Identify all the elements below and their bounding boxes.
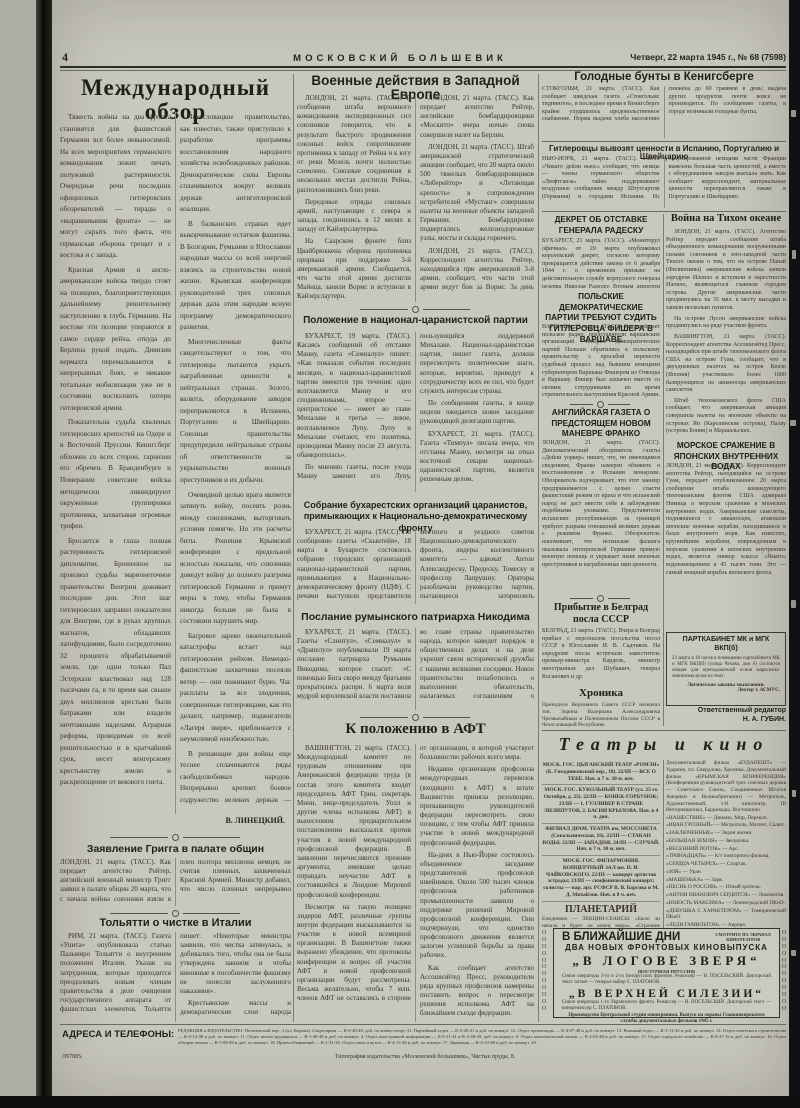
paragraph: Передовые отряды союзных армий, наступаю…: [297, 198, 411, 235]
paragraph: БУХАРЕСТ, 21 марта. (ТАСС). Газеты «Слин…: [297, 628, 534, 710]
film-line: «ПЕСНЬ О РОССИИ» — Юный зритель.: [666, 884, 786, 892]
paragraph: ЛОНДОН, 21 марта. (ТАСС). Агентство Рейт…: [666, 229, 786, 313]
edge-text-fragment: [792, 790, 796, 797]
headline-theatre-cinema: Театры и кино: [542, 734, 786, 755]
article-grigg-statement: ЛОНДОН, 21 марта. (ТАСС). Как передает а…: [60, 858, 291, 906]
paragraph: Штаб тихоокеанского флота США сообщает, …: [666, 398, 786, 436]
article-tsaranist-party: БУХАРЕСТ, 19 марта. (ТАСС). Касаясь сооб…: [297, 332, 534, 492]
editor-credit-line1: Ответственный редактор: [666, 706, 786, 715]
edge-text-fragment: [791, 950, 796, 956]
film-line: «СЕРДЦА ЧЕТЫРЕХ» — Спартак.: [666, 861, 786, 869]
article-tsaranist-meeting: БУХАРЕСТ, 21 марта. (ТАСС). По сообщению…: [297, 528, 534, 604]
masthead-rule-thick: [60, 66, 786, 68]
article-patriarch-message: БУХАРЕСТ, 21 марта. (ТАСС). Газеты «Слин…: [297, 628, 534, 710]
article-hunger-riots: СТОКГОЛЬМ, 21 марта. (ТАСС). Как сообщае…: [542, 86, 786, 138]
paragraph: На-днях в Нью-Йорке состоялось объединен…: [420, 851, 534, 961]
venue-listing: МОСК. ГОС. ЦЫГАНСКИЙ ТЕАТР «РОМЭН» (Б. Г…: [542, 760, 660, 784]
theatre-listings: МОСК. ГОС. ЦЫГАНСКИЙ ТЕАТР «РОМЭН» (Б. Г…: [542, 760, 660, 928]
paragraph: Красная Армия и англо-американские войск…: [60, 265, 171, 415]
cinema-listings: Документальный фильм «БУДАПЕШТ» — Ударни…: [666, 760, 786, 928]
headline-radescu-decree: ДЕКРЕТ ОБ ОТСТАВКЕ ГЕНЕРАЛА РАДЕСКУ: [542, 215, 660, 236]
paragraph: Многочисленные факты свидетельствуют о т…: [180, 337, 291, 487]
documentary-listings: Документальный фильм «БУДАПЕШТ» — Ударни…: [666, 760, 786, 814]
addresses-text: РЕДАКЦИЯ и ИЗДАТЕЛЬСТВО: Потаповский пер…: [178, 1028, 786, 1052]
planetarium-title: ПЛАНЕТАРИЙ: [542, 901, 660, 917]
headline-belgrade-envoy: Прибытие в Белград посла СССР: [542, 602, 660, 626]
ad-credits-2: Сняли операторы 1-го Украинского фронта.…: [562, 1000, 771, 1013]
ad-coming-soon: В БЛИЖАЙШИЕ ДНИ: [562, 931, 680, 943]
printer-imprint: Типография издательства «Московский боль…: [250, 1054, 600, 1060]
paragraph: По сообщениям газеты, в конце недели ожи…: [420, 399, 534, 426]
headline-hunger-riots: Голодные бунты в Кенигсберге: [542, 72, 786, 84]
edge-text-fragment: [791, 110, 796, 117]
announcement-title: ПАРТКАБИНЕТ МК и МГК ВКП(б): [672, 636, 780, 654]
newspaper-page: 4 МОСКОВСКИЙ БОЛЬШЕВИК Четверг, 22 марта…: [0, 0, 800, 1108]
editor-credit-line2: Н. А. ГУБИН.: [666, 715, 786, 724]
paragraph: Бросается в глаза полная растерянность г…: [60, 536, 171, 789]
film-ad-box: В БЛИЖАЙШИЕ ДНИ СМОТРИТЕ НА ЭКРАНАХ КИНО…: [553, 928, 780, 1018]
paragraph: Чехословацкое правительство, как известн…: [180, 112, 291, 216]
edge-text-fragment: [792, 250, 796, 259]
paragraph: Показательна судьба хваленых гитлеровски…: [60, 417, 171, 532]
headline-pacific-war: Война на Тихом океане: [666, 214, 786, 225]
scan-right-edge: [789, 0, 800, 1096]
article-belgrade-envoy: БЕЛГРАД, 21 марта. (ТАСС). Вчера в Белгр…: [542, 628, 660, 684]
paragraph: На Саарском фронте близ Цвайбрюккена обо…: [297, 237, 411, 301]
film-line: «ЮНОСТЬ МАКСИМА» — Ленинградский ПКиО.: [666, 899, 786, 907]
article-nazi-valuables: НЬЮ-ЙОРК, 21 марта. (ТАСС). Газета «Чика…: [542, 156, 786, 208]
ad-credits-1: Сняли операторы 3-го и 2-го Белорусских …: [562, 974, 771, 987]
venue-listing: МОСК. ГОС. КУКОЛЬНЫЙ ТЕАТР (ул. 25-го Ок…: [542, 784, 660, 823]
headline-franco-maneuver: АНГЛИЙСКАЯ ГАЗЕТА О ПРЕДСТОЯЩЕМ НОВОМ МА…: [542, 408, 660, 440]
article-pacific-war: ЛОНДОН, 21 марта. (ТАСС). Агентство Рейт…: [666, 229, 786, 437]
paragraph: ВАШИНГТОН, 21 марта. (ТАСС). Корреспонде…: [666, 334, 786, 395]
paragraph: ЛОНДОН, 21 марта. (ТАСС). Как передает а…: [420, 94, 534, 140]
article-western-europe: ЛОНДОН, 21 марта. (ТАСС). В сообщении шт…: [297, 94, 534, 302]
issue-date: Четверг, 22 марта 1945 г., № 68 (7598): [630, 52, 786, 62]
headline-tsaranist-party: Положение в национал-царанистской партии: [297, 316, 534, 326]
ad-film-title-2: „В ВЕРХНЕЙ СИЛЕЗИИ“: [562, 988, 771, 1000]
paragraph: ЛОНДОН, 21 марта. (ТАСС). Штаб американс…: [420, 143, 534, 244]
paragraph: На острове Лусон американские войска про…: [666, 316, 786, 331]
thin-rule: [542, 211, 786, 212]
film-line: «ДЕВУШКА С ХАРАКТЕРОМ» — Тимирязевский П…: [666, 907, 786, 922]
section-divider: [360, 714, 470, 721]
paragraph: ЛОНДОН, 21 марта. (ТАСС). В сообщении шт…: [297, 94, 411, 195]
headline-togliatti-purge: Тольятти о чистке в Италии: [60, 918, 291, 929]
section-divider: [570, 595, 630, 602]
ad-filmstrip-ornament-left: OOOOOOOOOOOO: [538, 930, 550, 1013]
article-aft-situation: ВАШИНГТОН, 21 марта. (ТАСС). Международн…: [297, 744, 534, 1022]
partkabinet-announcement: ПАРТКАБИНЕТ МК и МГК ВКП(б) 23 марта в 1…: [666, 632, 786, 706]
section-divider: [110, 834, 240, 841]
paragraph: БУХАРЕСТ, 21 марта. (ТАСС). Газета «Тимп…: [420, 430, 534, 485]
paragraph: Очевидной целью врага является затянуть …: [180, 490, 291, 628]
article-international-review: Тяжесть войны на два фронта становится д…: [60, 112, 291, 814]
ad-filmstrip-ornament-right: OOOOOOOOOOOO: [779, 930, 789, 1013]
venue-listing: МОСК. ГОС. ФИЛАРМОНИЯ. КОНЦЕРТНЫЙ ЗАЛ им…: [542, 855, 660, 901]
paragraph: Багровое зарево окончательной катастрофы…: [180, 631, 291, 746]
article-franco-maneuver: ЛОНДОН, 21 марта. (ТАСС). Дипломатически…: [542, 440, 660, 590]
headline-grigg-statement: Заявление Григга в палате общин: [60, 844, 291, 855]
paragraph: В балканских странах идет выкорчевывание…: [180, 219, 291, 334]
announcement-body: 23 марта в 18 часов в помещении парткаби…: [672, 656, 780, 681]
headline-patriarch-message: Послание румынского патриарха Никодима: [297, 612, 534, 623]
planetarium-listing: Ежедневно — ЛЕКЦИИ-СЕАНСЫ: «Было ли нача…: [542, 916, 660, 928]
author-signature: В. ЛИНЕЦКИЙ.: [160, 816, 285, 825]
film-line: «ТРИНАДЦАТЬ» — К/т повторного фильма.: [666, 853, 786, 861]
paragraph: Недавно организация профсоюза междугород…: [420, 765, 534, 847]
paragraph: БУХАРЕСТ, 19 марта. (ТАСС). Касаясь сооб…: [297, 332, 411, 460]
film-line: «ЗАКЛЮЧЕННЫЕ» — Экран жизни.: [666, 830, 786, 838]
venue-listing: ФИЛИАЛ ДРАМ. ТЕАТРА им. МОССОВЕТА (Сокол…: [542, 823, 660, 855]
thin-rule: [542, 730, 786, 731]
footer-rule: [60, 1024, 786, 1025]
article-chronicle: Президиум Верховного Совета СССР назначи…: [542, 702, 660, 728]
film-line: «ВЕСЕННИЙ ПОТОК» — Арс.: [666, 845, 786, 853]
ad-subtitle: ДВА НОВЫХ ФРОНТОВЫХ КИНОВЫПУСКА: [562, 943, 771, 952]
article-naval-battle: ЛОНДОН, 21 марта. (ТАСС). Корреспондент …: [666, 463, 786, 625]
edge-text-fragment: [790, 420, 796, 426]
paragraph: ВАШИНГТОН, 21 марта. (ТАСС). Международн…: [297, 744, 411, 900]
film-line: «ИВАН ГРОЗНЫЙ» — Метрополь, Магнит, Салю…: [666, 822, 786, 830]
subcolumn-rule: [663, 214, 664, 726]
paragraph: Тяжесть войны на два фронта становится д…: [60, 112, 171, 262]
ad-watch-line2: КИНОТЕАТРОВ: [715, 937, 771, 943]
scan-left-margin: [0, 0, 36, 1096]
paragraph: Как сообщает агентство Ассошиэйтед Пресс…: [420, 964, 534, 1019]
column-rule-2: [538, 74, 539, 1022]
addresses-label: АДРЕСА И ТЕЛЕФОНЫ:: [62, 1029, 174, 1040]
print-code: Л97885.: [62, 1054, 83, 1060]
film-line: «НАШЕСТВИЕ» — Динамо, Мир, Перекоп.: [666, 814, 786, 822]
scan-gutter-shadow: [36, 0, 52, 1096]
film-line: «АНТОН ИВАНОВИЧ СЕРДИТСЯ» — Локомотив.: [666, 892, 786, 900]
section-divider: [360, 306, 470, 313]
paragraph: БУХАРЕСТ, 21 марта. (ТАСС). По сообщению…: [297, 528, 534, 604]
ad-film-title-1: „В ЛОГОВЕ ЗВЕРЯ“: [562, 953, 771, 969]
film-line: «БОЛЬШАЯ ЗЕМЛЯ» — Звездочка.: [666, 837, 786, 845]
subcolumn-rule: [663, 760, 664, 928]
thin-rule: [542, 141, 786, 142]
scan-bottom-edge: [0, 1096, 800, 1108]
editor-credit: Ответственный редактор Н. А. ГУБИН.: [666, 706, 786, 724]
announcement-lecturer: Лектор т. АСМУС.: [672, 688, 780, 693]
film-line: «МАШЕНЬКА» — Заря.: [666, 876, 786, 884]
edge-text-fragment: [791, 600, 796, 608]
article-radescu-decree: БУХАРЕСТ, 21 марта. (ТАСС). «Мониторул о…: [542, 238, 660, 288]
section-divider: [570, 401, 630, 408]
article-togliatti-purge: РИМ, 21 марта. (ТАСС). Газета «Унита» оп…: [60, 932, 291, 1022]
article-fischer-trial: ВАРШАВА, 21 марта. (ТАСС). Как сообщает …: [542, 324, 660, 398]
headline-aft-situation: К положению в АФТ: [297, 722, 534, 738]
headline-chronicle: Хроника: [542, 688, 660, 699]
film-line: «ЗОЯ» — Уран.: [666, 868, 786, 876]
section-divider: [110, 910, 240, 917]
column-rule-1: [293, 74, 294, 1022]
